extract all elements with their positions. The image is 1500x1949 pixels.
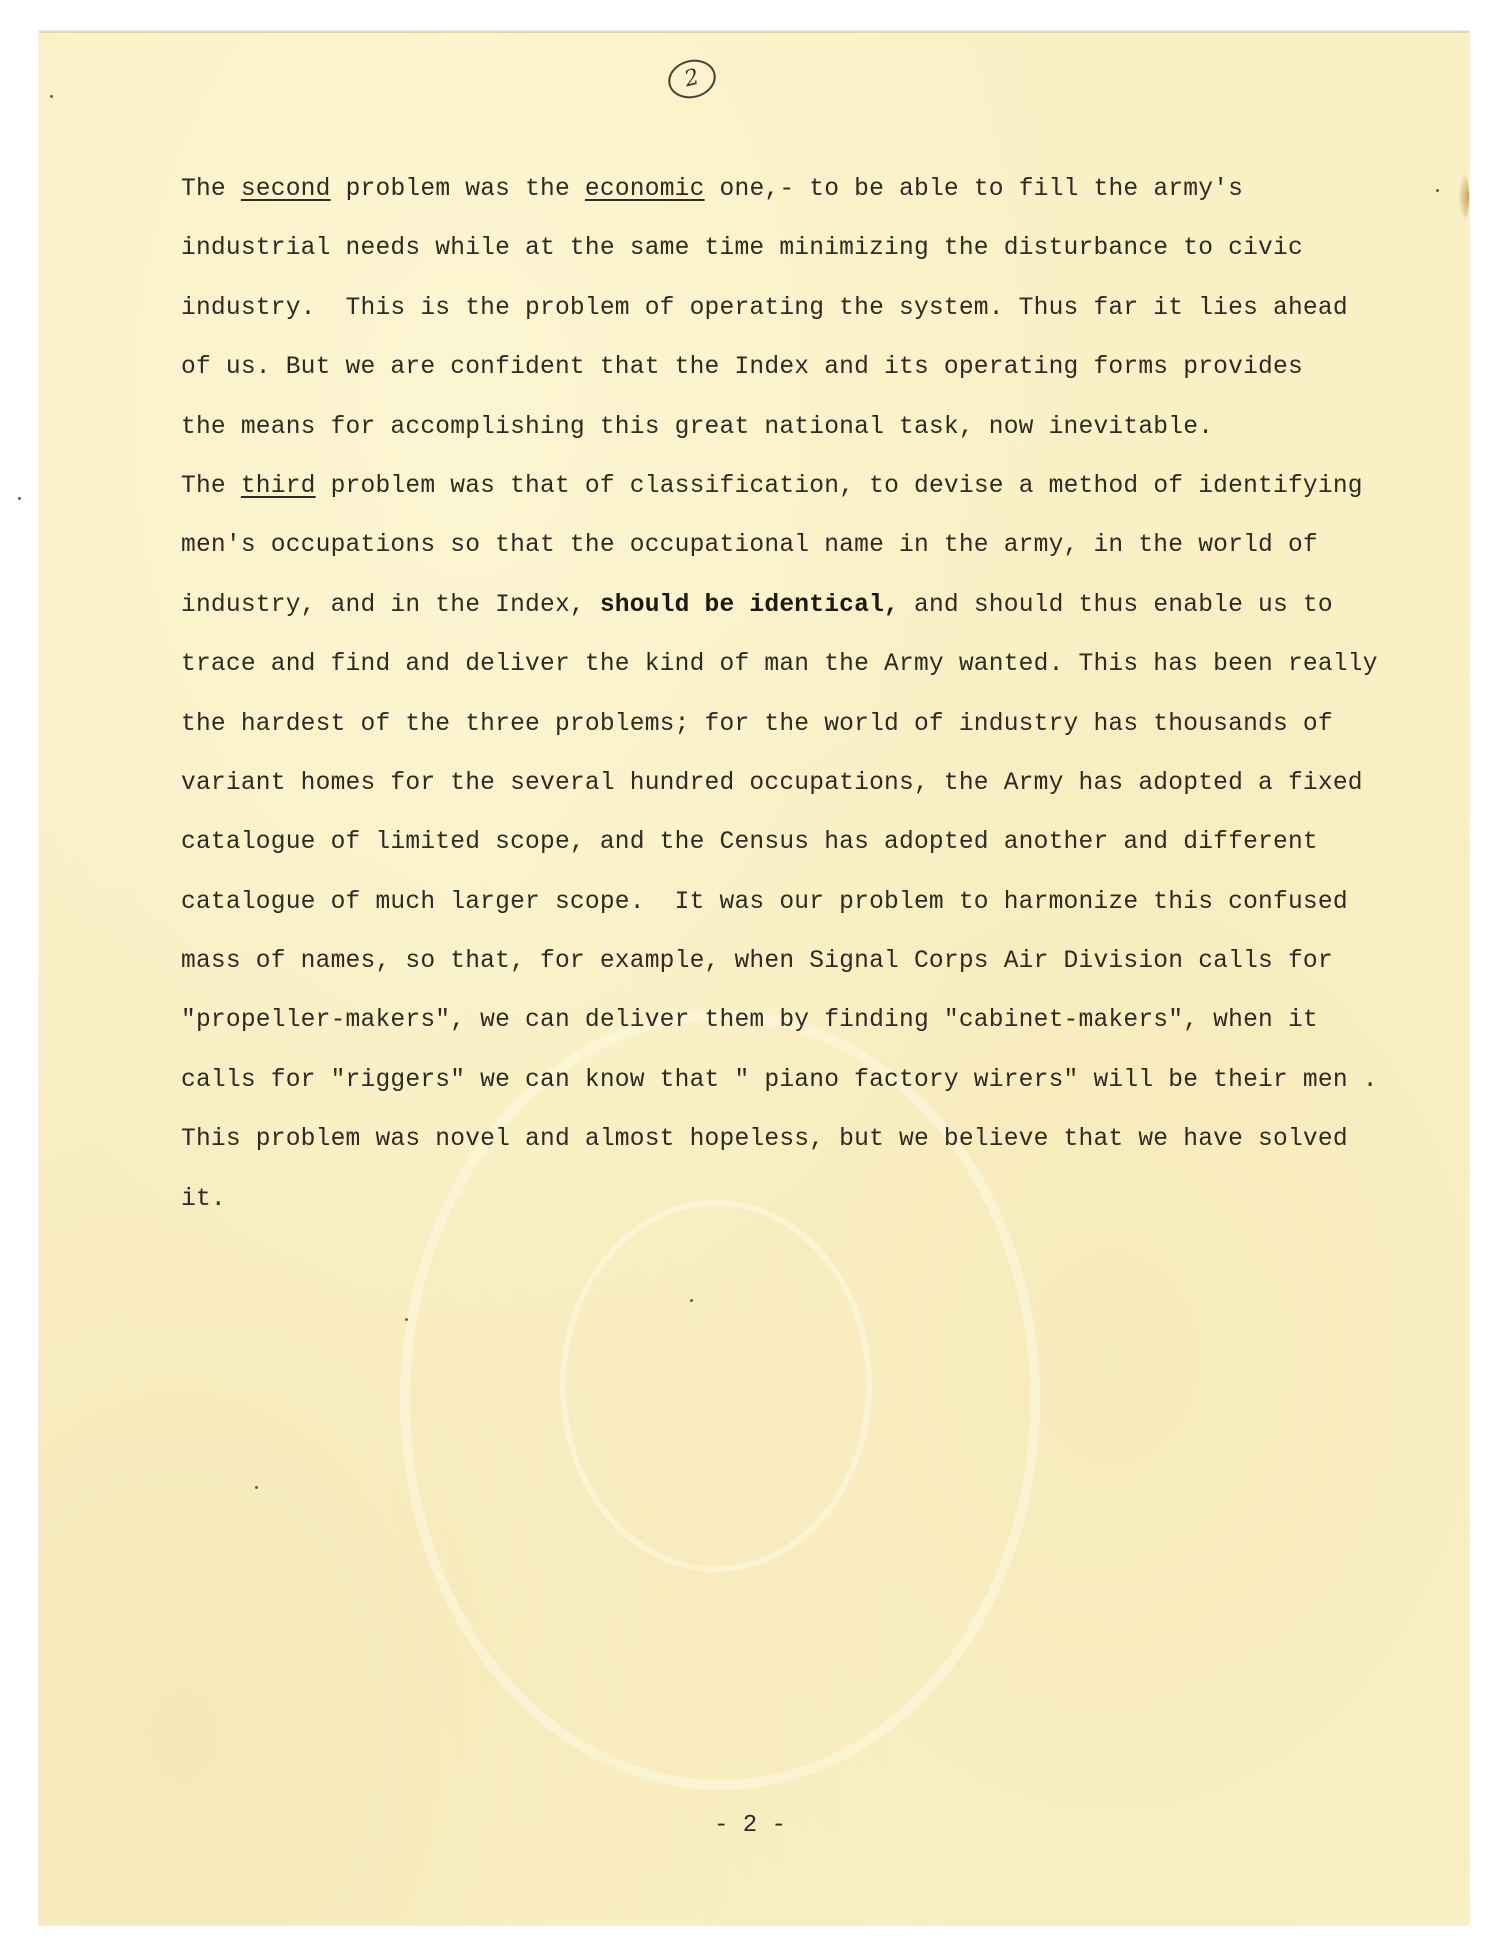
paper-speck xyxy=(690,1299,693,1302)
text-segment: problem was that of classification, to d… xyxy=(316,473,1363,500)
edge-stain xyxy=(1459,173,1469,221)
text-line: industrial needs while at the same time … xyxy=(181,219,1441,278)
paper-speck xyxy=(405,1318,408,1321)
underlined-text: economic xyxy=(585,176,705,203)
page-footer-number: - 2 - xyxy=(0,1812,1500,1839)
text-line: variant homes for the several hundred oc… xyxy=(181,754,1441,813)
text-segment: industrial needs while at the same time … xyxy=(181,235,1303,262)
text-line: This problem was novel and almost hopele… xyxy=(181,1110,1441,1169)
handwritten-page-number: 2 xyxy=(682,65,702,93)
text-segment: The xyxy=(181,473,241,500)
text-segment: men's occupations so that the occupation… xyxy=(181,532,1318,559)
text-line: trace and find and deliver the kind of m… xyxy=(181,635,1441,694)
bold-text: should be identical, xyxy=(600,592,899,619)
text-line: "propeller-makers", we can deliver them … xyxy=(181,991,1441,1050)
text-line: The third problem was that of classifica… xyxy=(181,457,1441,516)
paper-speck xyxy=(50,95,53,98)
text-segment: of us. But we are confident that the Ind… xyxy=(181,354,1303,381)
paper-speck xyxy=(1436,189,1439,192)
text-line: The second problem was the economic one,… xyxy=(181,160,1441,219)
paper-speck xyxy=(255,1486,258,1489)
text-line: industry. This is the problem of operati… xyxy=(181,279,1441,338)
text-segment: it. xyxy=(181,1186,226,1213)
text-segment: mass of names, so that, for example, whe… xyxy=(181,948,1333,975)
text-segment: industry. This is the problem of operati… xyxy=(181,295,1348,322)
text-line: it. xyxy=(181,1170,1441,1229)
text-line: of us. But we are confident that the Ind… xyxy=(181,338,1441,397)
text-line: men's occupations so that the occupation… xyxy=(181,516,1441,575)
text-segment: industry, and in the Index, xyxy=(181,592,600,619)
text-segment: calls for "riggers" we can know that " p… xyxy=(181,1067,1378,1094)
text-segment: catalogue of much larger scope. It was o… xyxy=(181,889,1348,916)
text-segment: problem was the xyxy=(331,176,585,203)
text-segment: the hardest of the three problems; for t… xyxy=(181,711,1333,738)
text-segment: "propeller-makers", we can deliver them … xyxy=(181,1007,1318,1034)
text-line: calls for "riggers" we can know that " p… xyxy=(181,1051,1441,1110)
watermark-seal-inner xyxy=(560,1200,872,1572)
text-line: mass of names, so that, for example, whe… xyxy=(181,932,1441,991)
underlined-text: second xyxy=(241,176,331,203)
text-segment: trace and find and deliver the kind of m… xyxy=(181,651,1378,678)
underlined-text: third xyxy=(241,473,316,500)
text-segment: This problem was novel and almost hopele… xyxy=(181,1126,1348,1153)
text-segment: catalogue of limited scope, and the Cens… xyxy=(181,829,1318,856)
text-line: the means for accomplishing this great n… xyxy=(181,398,1441,457)
paper-speck xyxy=(18,497,21,500)
text-segment: and should thus enable us to xyxy=(899,592,1333,619)
text-segment: one,- to be able to fill the army's xyxy=(705,176,1244,203)
typed-body-text: The second problem was the economic one,… xyxy=(181,160,1441,1229)
text-segment: the means for accomplishing this great n… xyxy=(181,414,1213,441)
text-line: industry, and in the Index, should be id… xyxy=(181,576,1441,635)
text-segment: variant homes for the several hundred oc… xyxy=(181,770,1363,797)
text-line: the hardest of the three problems; for t… xyxy=(181,695,1441,754)
text-segment: The xyxy=(181,176,241,203)
text-line: catalogue of limited scope, and the Cens… xyxy=(181,813,1441,872)
text-line: catalogue of much larger scope. It was o… xyxy=(181,873,1441,932)
